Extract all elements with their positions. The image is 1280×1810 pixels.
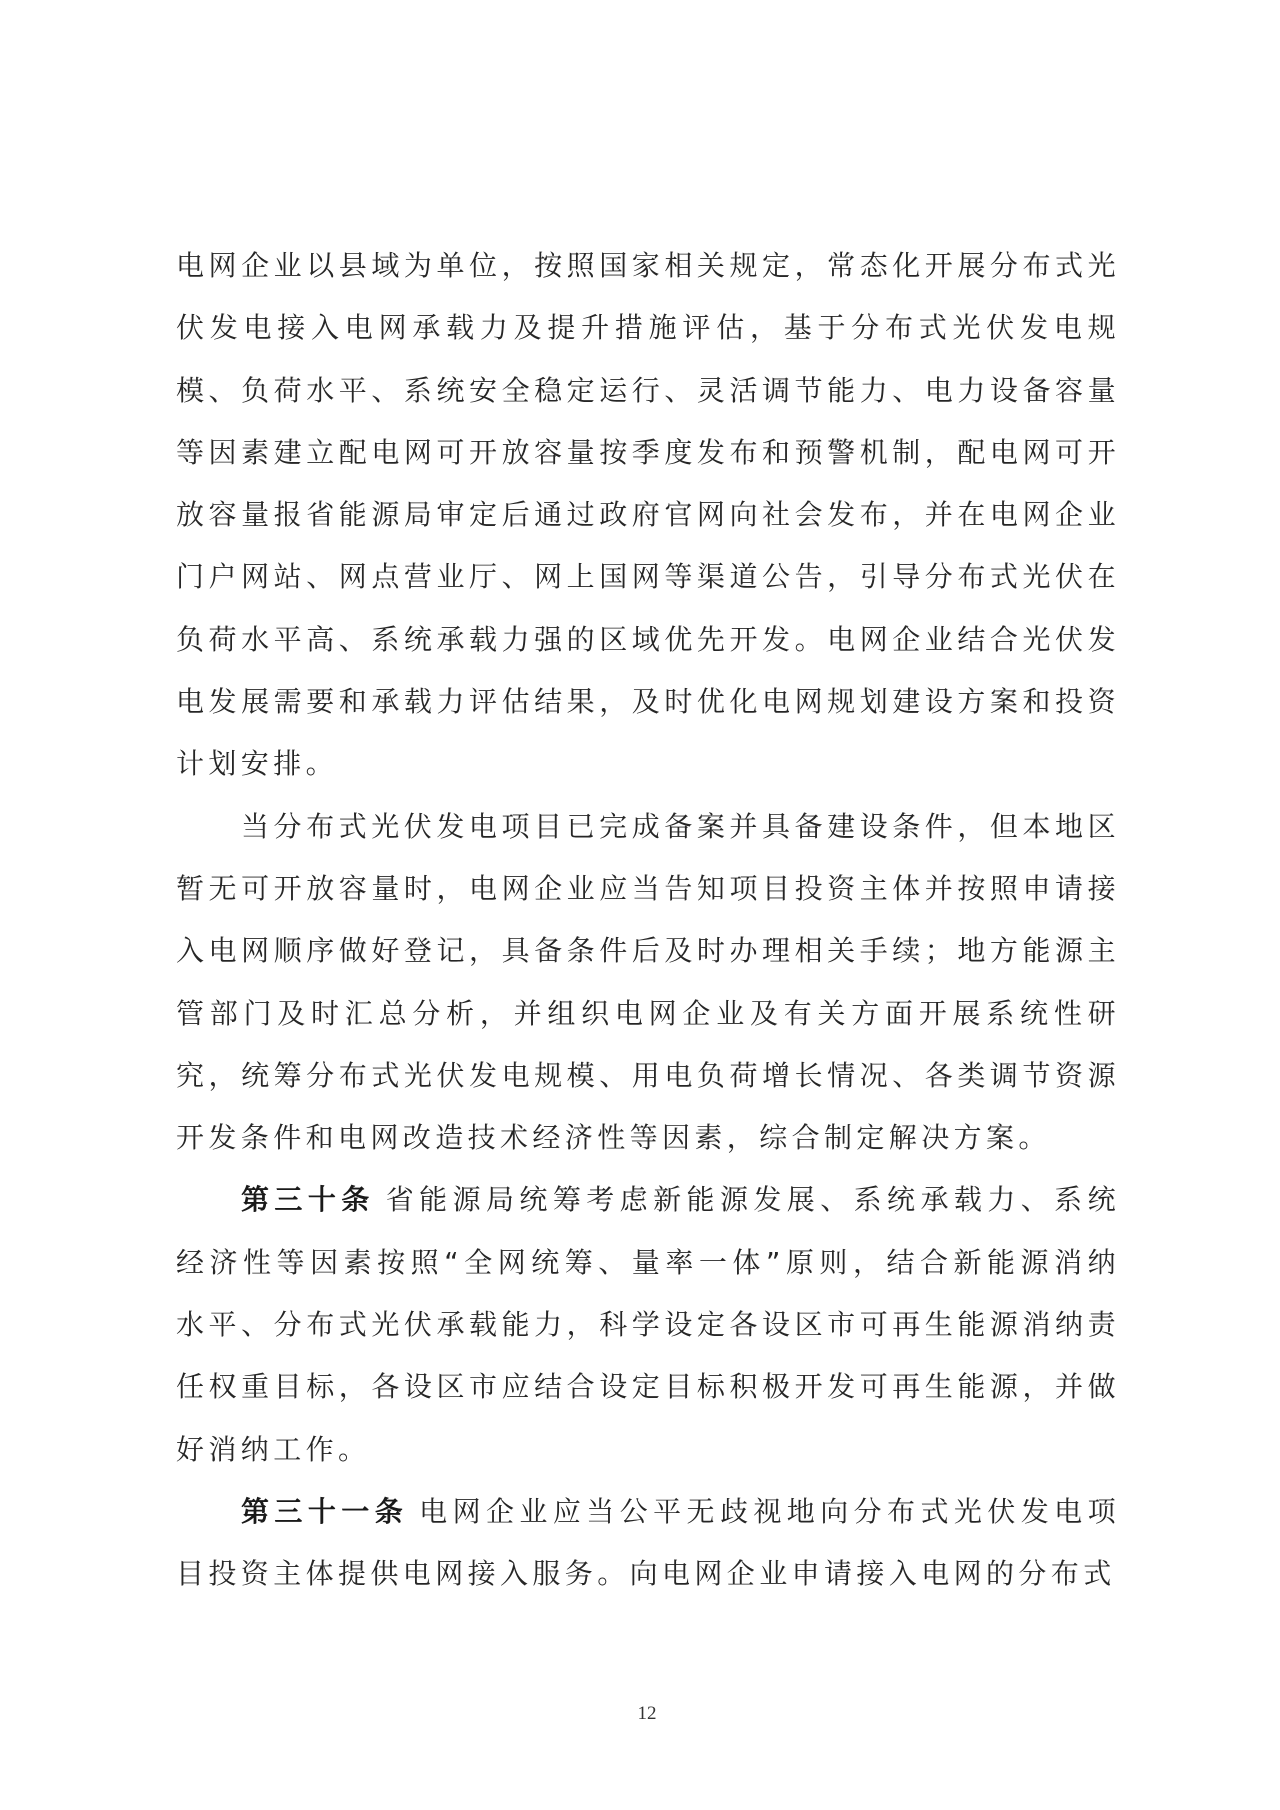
page-number: 12 (600, 1703, 694, 1725)
paragraph-no-capacity: 当分布式光伏发电项目已完成备案并具备建设条件，但本地区暂无可开放容量时，电网企业… (176, 796, 1120, 1170)
paragraph-text: 电网企业以县域为单位，按照国家相关规定，常态化开展分布式光伏发电接入电网承载力及… (176, 249, 1120, 780)
paragraph-text: 省能源局统筹考虑新能源发展、系统承载力、系统经济性等因素按照“全网统筹、量率一体… (176, 1183, 1120, 1465)
article-31: 第三十一条电网企业应当公平无歧视地向分布式光伏发电项目投资主体提供电网接入服务。… (176, 1481, 1120, 1606)
paragraph-text: 当分布式光伏发电项目已完成备案并具备建设条件，但本地区暂无可开放容量时，电网企业… (176, 810, 1120, 1154)
article-heading: 第三十一条 (241, 1495, 408, 1528)
body-text: 电网企业以县域为单位，按照国家相关规定，常态化开展分布式光伏发电接入电网承载力及… (176, 235, 1120, 1606)
article-30: 第三十条省能源局统筹考虑新能源发展、系统承载力、系统经济性等因素按照“全网统筹、… (176, 1169, 1120, 1480)
article-heading: 第三十条 (241, 1183, 375, 1216)
document-page: 电网企业以县域为单位，按照国家相关规定，常态化开展分布式光伏发电接入电网承载力及… (0, 0, 1280, 1810)
paragraph-capacity-assessment: 电网企业以县域为单位，按照国家相关规定，常态化开展分布式光伏发电接入电网承载力及… (176, 235, 1120, 796)
